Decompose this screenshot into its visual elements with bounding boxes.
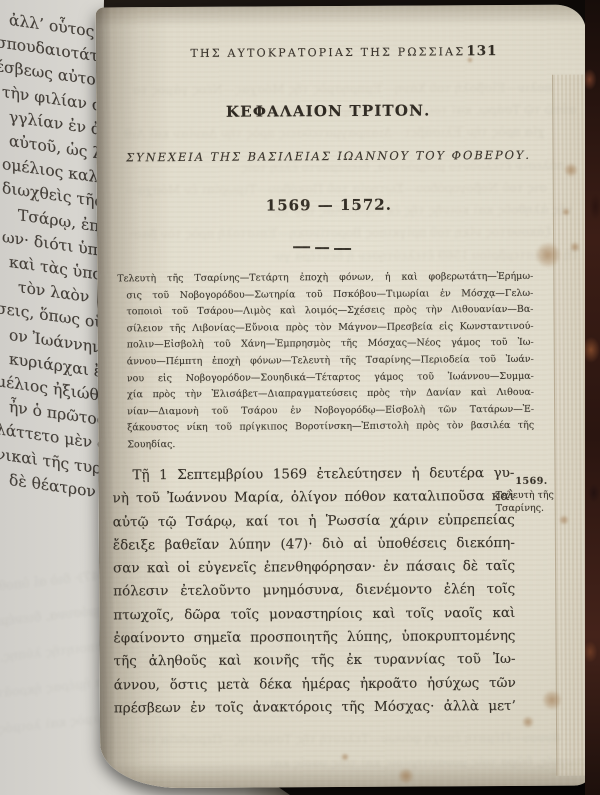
margin-note: 1569. Τελευτὴ τῆς Τσαρίνης. (495, 475, 585, 516)
show-through-text: πτωχοῖς, δῶρα τοῖς μοναστηρίοις καὶ τοῖς… (170, 754, 590, 771)
body-line: άννου, ὅστις μετὰ δέκα ἡμέρας ἠκροᾶτο ἡσ… (114, 675, 516, 701)
body-line: ἔδειξε βαθεῖαν λύπην (47)· διὸ αἱ ὑποθέσ… (113, 535, 515, 561)
body-line: πτωχοῖς, δῶρα τοῖς μοναστηρίοις καὶ τοῖς… (113, 605, 515, 631)
divider-dash (315, 247, 329, 249)
chapter-heading: ΚΕΦΑΛΑΙΟΝ ΤΡΙΤΟΝ. (136, 101, 520, 121)
right-page: πολιν—Εἰσβολὴ τοῦ Χάνη—Ἐμπρησμὸς τῆς Μόσ… (96, 5, 591, 789)
show-through-text: χία πρὸς τὴν Ἐλισάβετ—Διαπραγματεύσεις π… (124, 125, 544, 142)
margin-note-year: 1569. (495, 475, 585, 489)
page-number: 131 (462, 43, 502, 59)
book-photo: ἀλλ’ οὗτος ἐ σπουδαιοτάτη τ έσβεως αὐτοῦ… (0, 0, 600, 795)
divider-dash (293, 246, 310, 248)
show-through-text: ξάκουστος νίκη τοῦ πρίγκιπος Βοροτίνσκη—… (131, 225, 551, 242)
margin-note-line: Τελευτὴ τῆς (496, 488, 586, 502)
marbled-book-edge (585, 0, 600, 795)
show-through-text: Τῇ 1 Σεπτεμβρίου 1569 ἐτελεύτησεν ἡ δευτ… (159, 248, 579, 265)
body-line: ἐφαίνοντο σημεῖα προσποιητῆς λύπης, ὑποκ… (113, 628, 515, 654)
body-line: πρέσβεων ἐν τοῖς ἀνακτόροις τῆς Μόσχας· … (114, 698, 516, 724)
body-paragraph: Τῇ 1 Σεπτεμβρίου 1569 ἐτελεύτησεν ἡ δευτ… (112, 465, 516, 724)
margin-note-line: Τσαρίνης. (496, 502, 586, 516)
chapter-summary: Τελευτὴ τῆς Τσαρίνης—Τετάρτη ἐποχὴ φόνων… (117, 271, 534, 456)
show-through-text: άννου—Πέμπτη ἐποχὴ φόνων—Τελευτὴ τῆς Τσα… (140, 731, 560, 748)
show-through-text: πολιν—Εἰσβολὴ τοῦ Χάνη—Ἐμπρησμὸς τῆς Μόσ… (132, 81, 552, 98)
body-line: πόλεσιν ἐτελοῦντο μνημόσυνα, διενέμοντο … (113, 581, 515, 607)
body-line: αὐτῷ τῷ Τσάρῳ, καί τοι ἡ Ῥωσσία χάριν εὐ… (113, 512, 515, 538)
summary-line: Σουηδίας. (118, 437, 534, 456)
chapter-subtitle: ΣΥΝΕΧΕΙΑ ΤΗΣ ΒΑΣΙΛΕΙΑΣ ΙΩΑΝΝΟΥ ΤΟΥ ΦΟΒΕΡ… (108, 148, 548, 165)
date-range: 1569 — 1572. (137, 195, 521, 215)
body-line: Τῇ 1 Σεπτεμβρίου 1569 ἐτελεύτησεν ἡ δευτ… (112, 465, 514, 491)
body-line: σαν καὶ οἱ εὐγενεῖς ἐπενθηφόρησαν· ἐν πά… (113, 558, 515, 584)
body-line: τῆς ἀληθοῦς καὶ κοινῆς τῆς ἐκ τυραννίας … (114, 651, 516, 677)
divider-dash (334, 248, 351, 250)
body-line: νὴ τοῦ Ἰωάννου Μαρία, ὀλίγον πόθον καταλ… (113, 488, 515, 514)
section-divider (293, 247, 365, 249)
